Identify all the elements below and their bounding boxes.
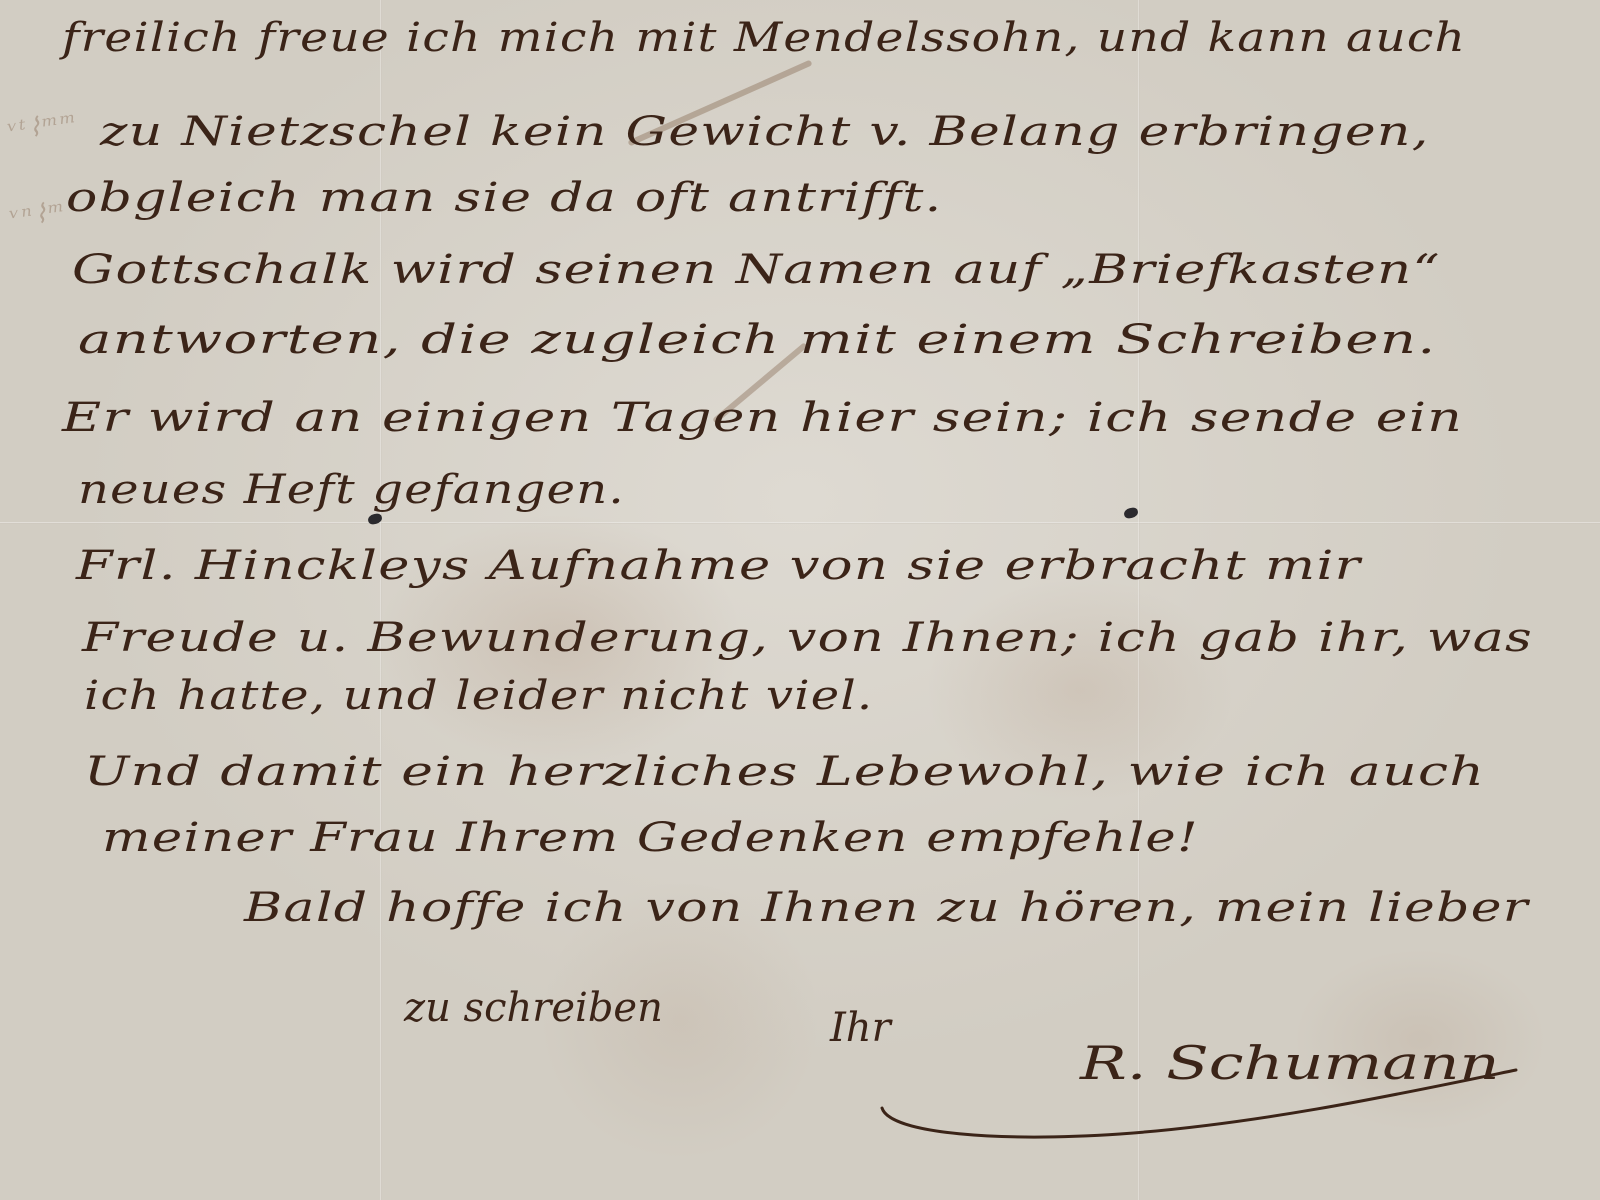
closing-salutation: Ihr (830, 1008, 891, 1048)
letter-line: neues Heft gefangen. (78, 470, 625, 510)
letter-sheet: ᵛᵗ⌇ᵐᵐ ᵛⁿ⌇ᵐ freilich freue ich mich mit M… (0, 0, 1600, 1200)
letter-line: Und damit ein herzliches Lebewohl, wie i… (84, 752, 1485, 792)
letter-line: Gottschalk wird seinen Namen auf „Briefk… (72, 250, 1441, 290)
letter-line: Er wird an einigen Tagen hier sein; ich … (62, 398, 1463, 438)
closing-phrase: zu schreiben (404, 988, 663, 1028)
letter-line: freilich freue ich mich mit Mendelssohn,… (62, 18, 1466, 58)
letter-line: zu Nietzschel kein Gewicht v. Belang erb… (100, 112, 1430, 152)
letter-line: antworten, die zugleich mit einem Schrei… (78, 320, 1437, 360)
letter-line: Bald hoffe ich von Ihnen zu hören, mein … (244, 888, 1529, 928)
letter-line: Frl. Hinckleys Aufnahme von sie erbracht… (76, 546, 1361, 586)
letter-line: obgleich man sie da oft antrifft. (66, 178, 943, 218)
letter-body: freilich freue ich mich mit Mendelssohn,… (0, 0, 1600, 1200)
letter-line: ich hatte, und leider nicht viel. (84, 676, 873, 716)
letter-line: Freude u. Bewunderung, von Ihnen; ich ga… (82, 618, 1533, 658)
letter-line: meiner Frau Ihrem Gedenken empfehle! (102, 818, 1199, 858)
signature-flourish (880, 1064, 1520, 1144)
